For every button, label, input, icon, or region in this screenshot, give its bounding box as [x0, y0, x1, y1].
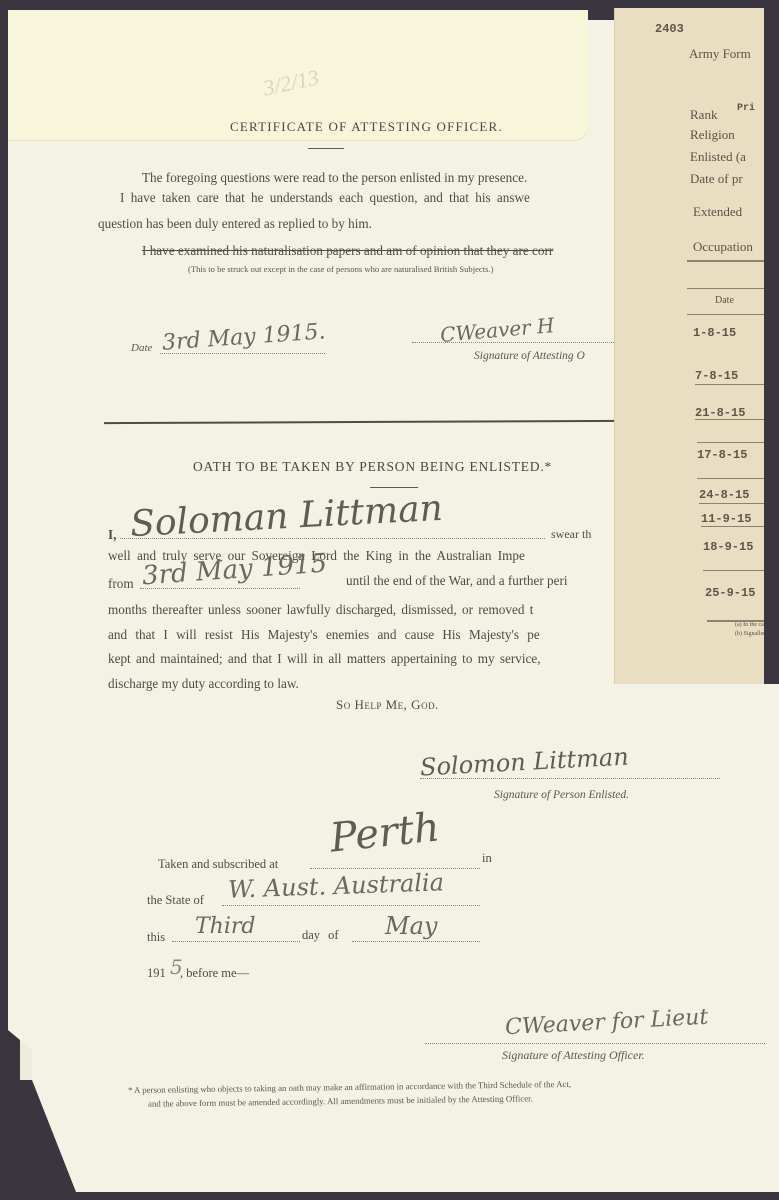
- army-form-strip: 2403 Army Form Rank Pri Religion Enliste…: [615, 8, 779, 684]
- strip-date-row: 1-8-15: [693, 326, 736, 340]
- strip-date-row: 11-9-15: [701, 512, 751, 526]
- certificate-para1: The foregoing questions were read to the…: [142, 170, 527, 186]
- oath-line6: kept and maintained; and that I will in …: [108, 651, 541, 667]
- title-divider: [308, 148, 344, 149]
- struck-note: (This to be struck out except in the cas…: [188, 264, 493, 274]
- state-label: the State of: [147, 893, 204, 908]
- certificate-para2-line2: question has been duly entered as replie…: [98, 216, 372, 232]
- strip-occupation-label: Occupation: [693, 239, 753, 255]
- from-label: from: [108, 576, 134, 592]
- strip-date-row: 21-8-15: [695, 406, 745, 420]
- day-field-line: [172, 941, 300, 942]
- in-label: in: [482, 851, 492, 866]
- strip-date-row: 25-9-15: [705, 586, 755, 600]
- strip-date-row: 17-8-15: [697, 448, 747, 462]
- enlisted-signature-label: Signature of Person Enlisted.: [494, 789, 629, 801]
- swear-text: swear th: [551, 527, 591, 542]
- officer-signature-label: Signature of Attesting O: [474, 350, 585, 362]
- certificate-title: CERTIFICATE OF ATTESTING OFFICER.: [230, 119, 503, 135]
- month-field-line: [352, 941, 480, 942]
- oath-line4: months thereafter unless sooner lawfully…: [108, 602, 533, 618]
- oath-i-label: I,: [108, 527, 116, 543]
- before-me-label: , before me—: [180, 966, 249, 981]
- oath-title: OATH TO BE TAKEN BY PERSON BEING ENLISTE…: [193, 459, 552, 475]
- strip-form-label: Army Form: [689, 46, 751, 62]
- strip-row-rule: [695, 419, 769, 420]
- strip-date-row: 18-9-15: [703, 540, 753, 554]
- so-help-me-god: So Help Me, God.: [336, 697, 439, 713]
- strip-row-rule: [699, 503, 773, 504]
- strip-row-rule: [697, 478, 771, 479]
- strip-row-rule: [695, 384, 769, 385]
- strip-date-row: 7-8-15: [695, 369, 738, 383]
- day-handwritten: Third: [195, 914, 255, 939]
- taken-subscribed-label: Taken and subscribed at: [158, 857, 278, 872]
- attesting-officer-signature-line: [425, 1043, 765, 1044]
- strip-enlisted-label: Enlisted (a: [690, 149, 746, 165]
- state-field-line: [222, 905, 480, 906]
- this-label: this: [147, 930, 165, 945]
- strip-rank-label: Rank: [690, 107, 717, 123]
- strip-date-of-label: Date of pr: [690, 171, 743, 187]
- place-field-line: [310, 868, 480, 869]
- strip-date-header: Date: [715, 295, 734, 306]
- oath-line7: discharge my duty according to law.: [108, 676, 299, 692]
- oath-line3: until the end of the War, and a further …: [346, 573, 568, 589]
- day-of-label: day of: [302, 928, 339, 943]
- strip-regimental-number: 2403: [655, 22, 684, 36]
- attesting-officer-signature-label: Signature of Attesting Officer.: [502, 1048, 645, 1063]
- month-handwritten: May: [385, 912, 437, 940]
- strip-footnote-b: (b) Signaller,: [735, 631, 766, 637]
- faint-pencil-mark: 3/2/13: [261, 64, 321, 101]
- year-prefix: 191: [147, 966, 166, 981]
- oath-line5: and that I will resist His Majesty's ene…: [108, 627, 540, 643]
- strip-date-row: 24-8-15: [699, 488, 749, 502]
- strip-religion-label: Religion: [690, 127, 735, 143]
- oath-title-divider: [370, 487, 418, 488]
- strip-extended-label: Extended: [693, 204, 742, 220]
- strip-footnote-a: (a) In the ca: [735, 622, 764, 628]
- certificate-para2-line1: I have taken care that he understands ea…: [120, 190, 530, 206]
- date-label: Date: [131, 342, 152, 354]
- strip-edge-shadow: [764, 8, 779, 684]
- strip-rank-value: Pri: [737, 103, 755, 114]
- struck-naturalisation-line: I have examined his naturalisation paper…: [142, 243, 553, 259]
- strip-row-rule: [697, 442, 771, 443]
